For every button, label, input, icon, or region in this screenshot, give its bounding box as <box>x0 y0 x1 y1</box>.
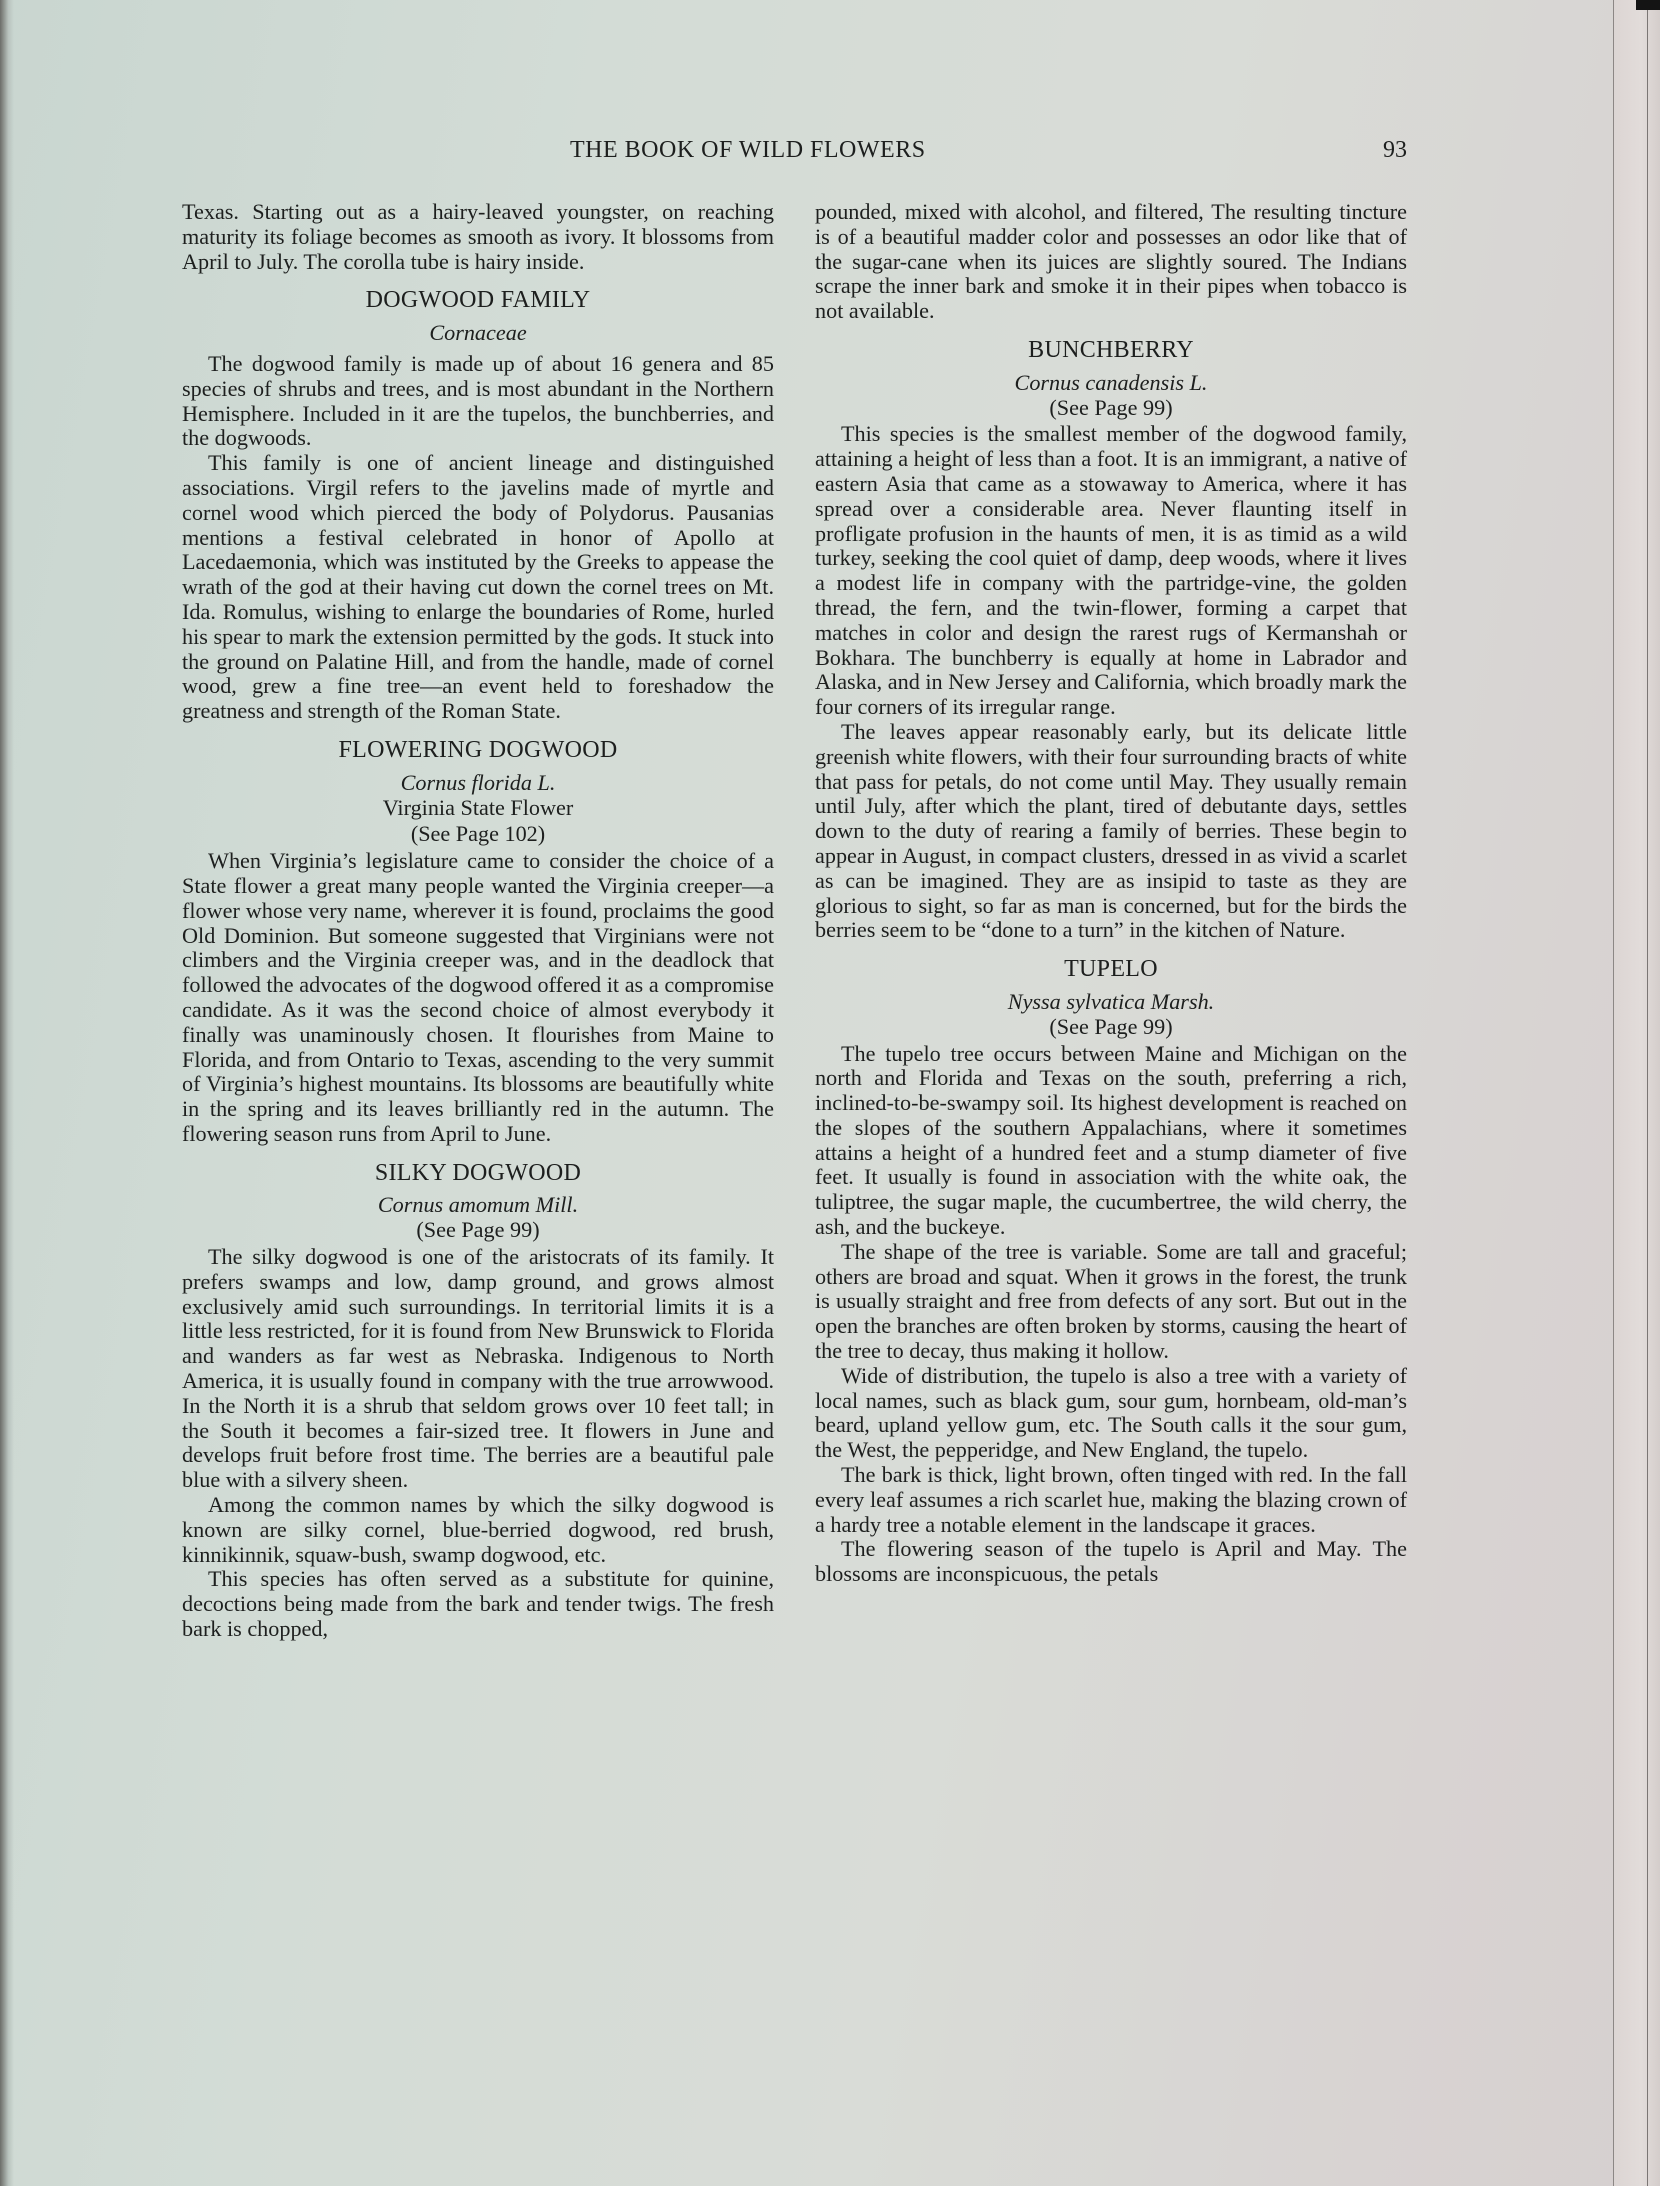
left-column: Texas. Starting out as a hairy-leaved yo… <box>182 200 774 1642</box>
paragraph: The leaves appear reasonably early, but … <box>815 720 1407 943</box>
scientific-name: Cornus canadensis L. <box>815 371 1407 396</box>
paragraph: When Virginia’s legislature came to cons… <box>182 849 774 1147</box>
paragraph: This species has often served as a subst… <box>182 1567 774 1641</box>
scientific-name: Cornaceae <box>182 321 774 346</box>
see-page-reference: (See Page 99) <box>815 396 1407 421</box>
paragraph: Wide of distribution, the tupelo is also… <box>815 1364 1407 1463</box>
paragraph: The bark is thick, light brown, often ti… <box>815 1463 1407 1537</box>
paragraph: This species is the smallest member of t… <box>815 422 1407 720</box>
continued-paragraph: Texas. Starting out as a hairy-leaved yo… <box>182 200 774 274</box>
paragraph: The tupelo tree occurs between Maine and… <box>815 1042 1407 1240</box>
section-heading-flowering-dogwood: FLOWERING DOGWOOD <box>182 738 774 763</box>
paragraph: The flowering season of the tupelo is Ap… <box>815 1537 1407 1587</box>
section-heading-silky-dogwood: SILKY DOGWOOD <box>182 1161 774 1186</box>
paragraph: The shape of the tree is variable. Some … <box>815 1240 1407 1364</box>
page-edge-line <box>1647 0 1648 2186</box>
scan-corner <box>1636 0 1660 10</box>
adjacent-page-edges <box>1614 0 1660 2186</box>
continued-paragraph: pounded, mixed with alcohol, and filtere… <box>815 200 1407 324</box>
page-edge-line <box>1613 0 1614 2186</box>
right-column: pounded, mixed with alcohol, and filtere… <box>815 200 1407 1587</box>
scientific-name: Cornus florida L. <box>182 771 774 796</box>
see-page-reference: (See Page 99) <box>815 1015 1407 1040</box>
section-heading-tupelo: TUPELO <box>815 957 1407 982</box>
section-heading-dogwood-family: DOGWOOD FAMILY <box>182 288 774 313</box>
scientific-name: Cornus amomum Mill. <box>182 1193 774 1218</box>
paragraph: The dogwood family is made up of about 1… <box>182 352 774 451</box>
see-page-reference: (See Page 102) <box>182 822 774 847</box>
paragraph: The silky dogwood is one of the aristocr… <box>182 1245 774 1493</box>
scientific-name: Nyssa sylvatica Marsh. <box>815 990 1407 1015</box>
page-number: 93 <box>1383 137 1407 164</box>
paragraph: This family is one of ancient lineage an… <box>182 451 774 724</box>
section-heading-bunchberry: BUNCHBERRY <box>815 338 1407 363</box>
subtitle: Virginia State Flower <box>182 796 774 821</box>
see-page-reference: (See Page 99) <box>182 1218 774 1243</box>
page-gutter-shadow <box>0 0 14 2186</box>
running-title: THE BOOK OF WILD FLOWERS <box>570 137 926 164</box>
paragraph: Among the common names by which the silk… <box>182 1493 774 1567</box>
